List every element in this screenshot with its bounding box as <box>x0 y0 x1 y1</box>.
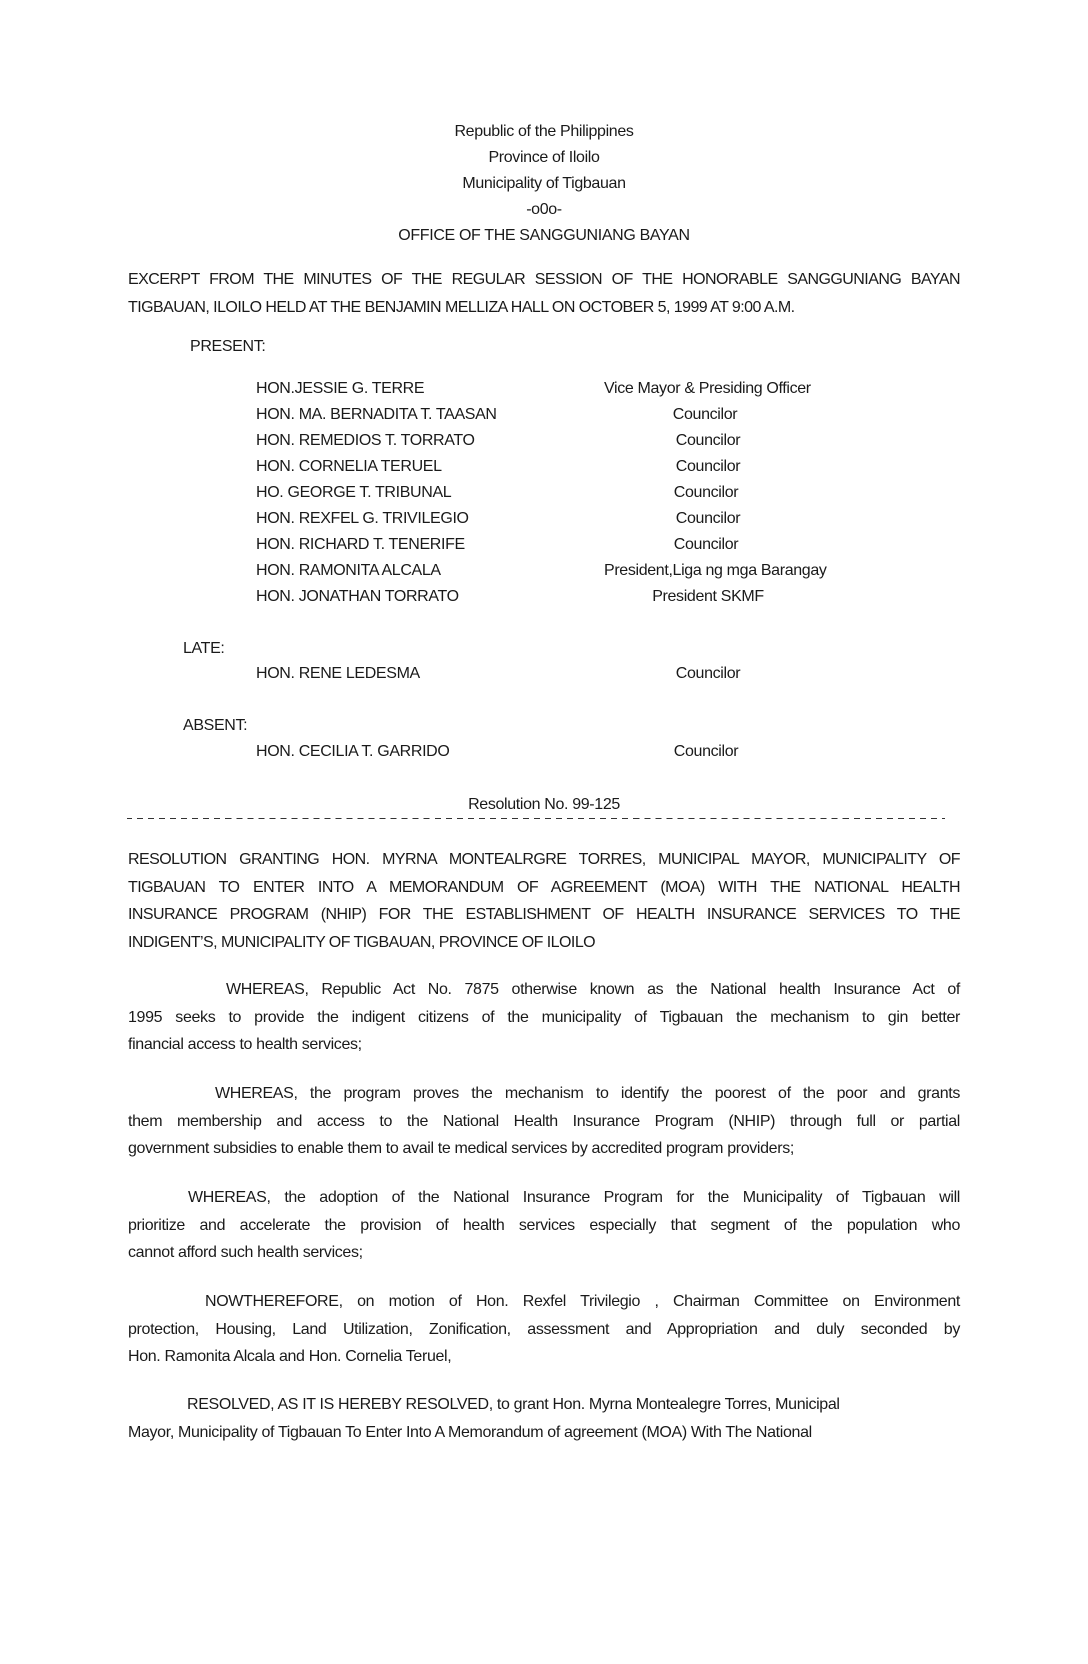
member-name: HO. GEORGE T. TRIBUNAL <box>256 484 451 502</box>
header-office: OFFICE OF THE SANGGUNIANG BAYAN <box>0 227 1088 245</box>
member-role: Vice Mayor & Presiding Officer <box>604 380 811 398</box>
member-role: President,Liga ng mga Barangay <box>604 562 827 580</box>
member-name: HON. MA. BERNADITA T. TAASAN <box>256 406 497 424</box>
paragraph-line: WHEREAS, the adoption of the National In… <box>128 1184 960 1212</box>
member-role: President SKMF <box>558 588 858 606</box>
paragraph-line: cannot afford such health services; <box>128 1239 960 1267</box>
excerpt-line: TIGBAUAN, ILOILO HELD AT THE BENJAMIN ME… <box>128 294 960 322</box>
paragraph-line: prioritize and accelerate the provision … <box>128 1212 960 1240</box>
member-role: Councilor <box>556 484 856 502</box>
present-label: PRESENT: <box>190 338 265 356</box>
resolved-paragraph: RESOLVED, AS IT IS HEREBY RESOLVED, to g… <box>128 1391 960 1446</box>
paragraph-line: WHEREAS, the program proves the mechanis… <box>128 1080 960 1108</box>
header-republic: Republic of the Philippines <box>0 123 1088 141</box>
paragraph-line: them membership and access to the Nation… <box>128 1108 960 1136</box>
nowtherefore-paragraph: NOWTHEREFORE, on motion of Hon. Rexfel T… <box>128 1288 960 1371</box>
member-role: Councilor <box>556 536 856 554</box>
whereas-paragraph-2: WHEREAS, the program proves the mechanis… <box>128 1080 960 1163</box>
member-role: Councilor <box>558 458 858 476</box>
title-line: INDIGENT’S, MUNICIPALITY OF TIGBAUAN, PR… <box>128 929 960 957</box>
paragraph-line: Hon. Ramonita Alcala and Hon. Cornelia T… <box>128 1343 960 1371</box>
document-page: Republic of the Philippines Province of … <box>0 0 1088 1664</box>
member-role: Councilor <box>558 665 858 683</box>
paragraph-line: government subsidies to enable them to a… <box>128 1135 960 1163</box>
member-role: Councilor <box>558 432 858 450</box>
paragraph-line: NOWTHEREFORE, on motion of Hon. Rexfel T… <box>128 1288 960 1316</box>
member-name: HON. REMEDIOS T. TORRATO <box>256 432 475 450</box>
absent-label: ABSENT: <box>183 717 247 735</box>
dashed-separator <box>127 818 945 819</box>
excerpt-line: EXCERPT FROM THE MINUTES OF THE REGULAR … <box>128 266 960 294</box>
member-role: Councilor <box>558 510 858 528</box>
title-line: TIGBAUAN TO ENTER INTO A MEMORANDUM OF A… <box>128 874 960 902</box>
member-name: HON. RICHARD T. TENERIFE <box>256 536 465 554</box>
paragraph-line: 1995 seeks to provide the indigent citiz… <box>128 1004 960 1032</box>
paragraph-line: WHEREAS, Republic Act No. 7875 otherwise… <box>128 976 960 1004</box>
member-name: HON. CORNELIA TERUEL <box>256 458 442 476</box>
member-role: Councilor <box>556 743 856 761</box>
title-line: INSURANCE PROGRAM (NHIP) FOR THE ESTABLI… <box>128 901 960 929</box>
member-name: HON. RAMONITA ALCALA <box>256 562 441 580</box>
late-label: LATE: <box>183 640 225 658</box>
member-name: HON.JESSIE G. TERRE <box>256 380 424 398</box>
paragraph-line: protection, Housing, Land Utilization, Z… <box>128 1316 960 1344</box>
paragraph-line: financial access to health services; <box>128 1031 960 1059</box>
member-name: HON. RENE LEDESMA <box>256 665 420 683</box>
excerpt-heading: EXCERPT FROM THE MINUTES OF THE REGULAR … <box>128 266 960 321</box>
whereas-paragraph-1: WHEREAS, Republic Act No. 7875 otherwise… <box>128 976 960 1059</box>
paragraph-line: RESOLVED, AS IT IS HEREBY RESOLVED, to g… <box>128 1391 960 1419</box>
resolution-number: Resolution No. 99-125 <box>0 796 1088 814</box>
member-name: HON. CECILIA T. GARRIDO <box>256 743 449 761</box>
header-municipality: Municipality of Tigbauan <box>0 175 1088 193</box>
member-name: HON. JONATHAN TORRATO <box>256 588 459 606</box>
member-name: HON. REXFEL G. TRIVILEGIO <box>256 510 469 528</box>
whereas-paragraph-3: WHEREAS, the adoption of the National In… <box>128 1184 960 1267</box>
title-line: RESOLUTION GRANTING HON. MYRNA MONTEALRG… <box>128 846 960 874</box>
header-province: Province of Iloilo <box>0 149 1088 167</box>
paragraph-line: Mayor, Municipality of Tigbauan To Enter… <box>128 1419 960 1447</box>
resolution-title: RESOLUTION GRANTING HON. MYRNA MONTEALRG… <box>128 846 960 956</box>
member-role: Councilor <box>555 406 855 424</box>
header-ornament: -o0o- <box>0 201 1088 219</box>
